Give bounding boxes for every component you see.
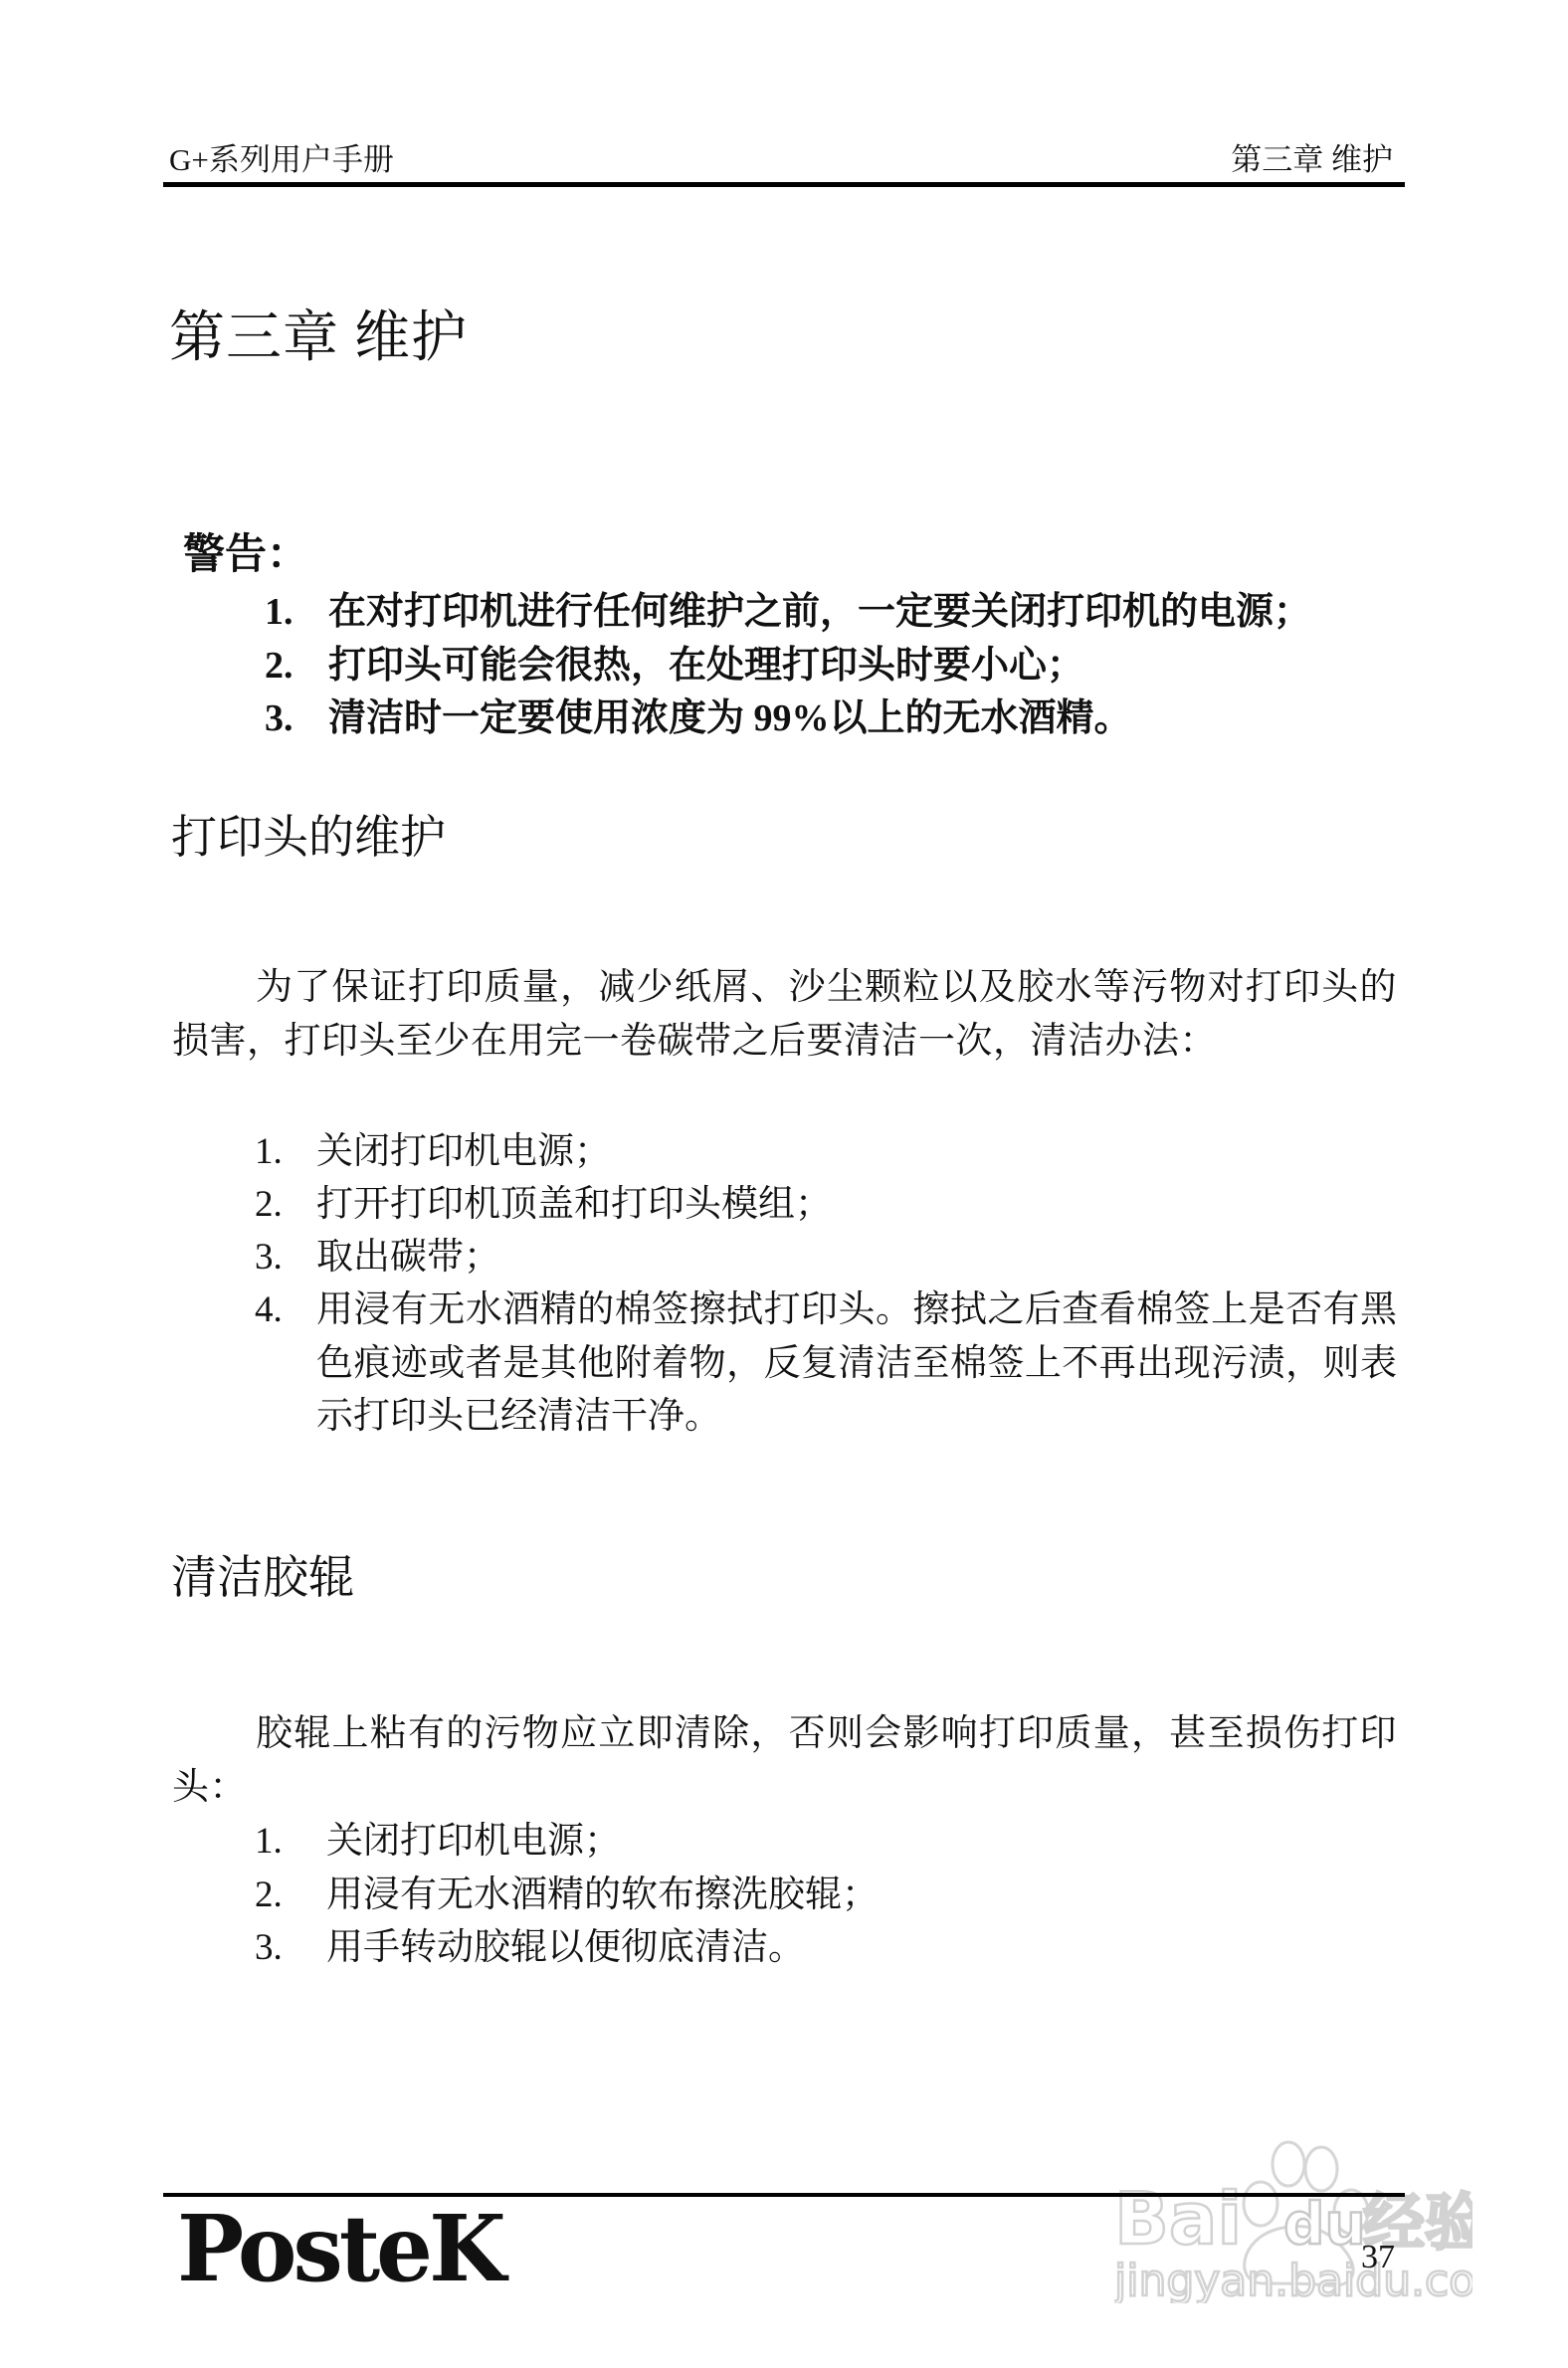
warning-item-text: 在对打印机进行任何维护之前，一定要关闭打印机的电源； — [328, 591, 1311, 633]
list-item-text: 打开打印机顶盖和打印头模组； — [316, 1178, 1397, 1232]
watermark-brand2: du — [1283, 2190, 1366, 2258]
list-item-text: 关闭打印机电源； — [326, 1815, 1397, 1869]
baidu-jingyan-watermark: Bai du 经验 jingyan.baidu.com — [1114, 2134, 1472, 2303]
warning-item-number: 2. — [265, 640, 328, 692]
running-header-chapter: 第三章 维护 — [1231, 142, 1393, 178]
list-item-text: 用手转动胶辊以便彻底清洁。 — [326, 1921, 1397, 1975]
warning-title: 警告： — [183, 527, 308, 583]
section-heading-printhead: 打印头的维护 — [171, 808, 446, 868]
section-heading-roller: 清洁胶辊 — [171, 1548, 354, 1608]
warning-item: 3.清洁时一定要使用浓度为 99%以上的无水酒精。 — [265, 692, 1132, 745]
list-item-number: 3. — [255, 1231, 283, 1284]
warning-item-text: 打印头可能会很热，在处理打印头时要小心； — [328, 645, 1084, 687]
list-item-text: 关闭打印机电源； — [316, 1125, 1397, 1179]
list-item-number: 3. — [255, 1921, 283, 1975]
warning-item-text: 清洁时一定要使用浓度为 99%以上的无水酒精。 — [328, 697, 1132, 739]
warning-item: 1.在对打印机进行任何维护之前，一定要关闭打印机的电源； — [265, 586, 1311, 639]
warning-item-number: 1. — [265, 586, 328, 639]
list-item-text: 取出碳带； — [316, 1231, 1397, 1284]
watermark-url: jingyan.baidu.com — [1114, 2256, 1472, 2303]
section-paragraph: 为了保证打印质量，减少纸屑、沙尘颗粒以及胶水等污物对打印头的损害，打印头至少在用… — [172, 961, 1397, 1068]
chapter-title: 第三章 维护 — [169, 303, 468, 373]
warning-item-number: 3. — [265, 692, 328, 745]
list-item-text: 用浸有无水酒精的棉签擦拭打印头。擦拭之后查看棉签上是否有黑色痕迹或者是其他附着物… — [316, 1283, 1397, 1444]
watermark-brand: Bai — [1114, 2177, 1242, 2261]
list-item-number: 2. — [255, 1869, 283, 1922]
list-item-text: 用浸有无水酒精的软布擦洗胶辊； — [326, 1869, 1397, 1922]
list-item-number: 1. — [255, 1815, 283, 1869]
list-item-number: 1. — [255, 1125, 283, 1179]
header-divider — [163, 182, 1405, 187]
postek-logo: PosteK — [177, 2201, 502, 2296]
paw-icon — [1244, 2142, 1368, 2285]
running-header-title: G+系列用户手册 — [169, 142, 394, 178]
warning-item: 2.打印头可能会很热，在处理打印头时要小心； — [265, 640, 1084, 692]
page-number: 37 — [1361, 2239, 1395, 2276]
list-item-number: 2. — [255, 1178, 283, 1232]
section-paragraph: 胶辊上粘有的污物应立即清除，否则会影响打印质量，甚至损伤打印头： — [172, 1707, 1397, 1814]
list-item-number: 4. — [255, 1283, 283, 1337]
